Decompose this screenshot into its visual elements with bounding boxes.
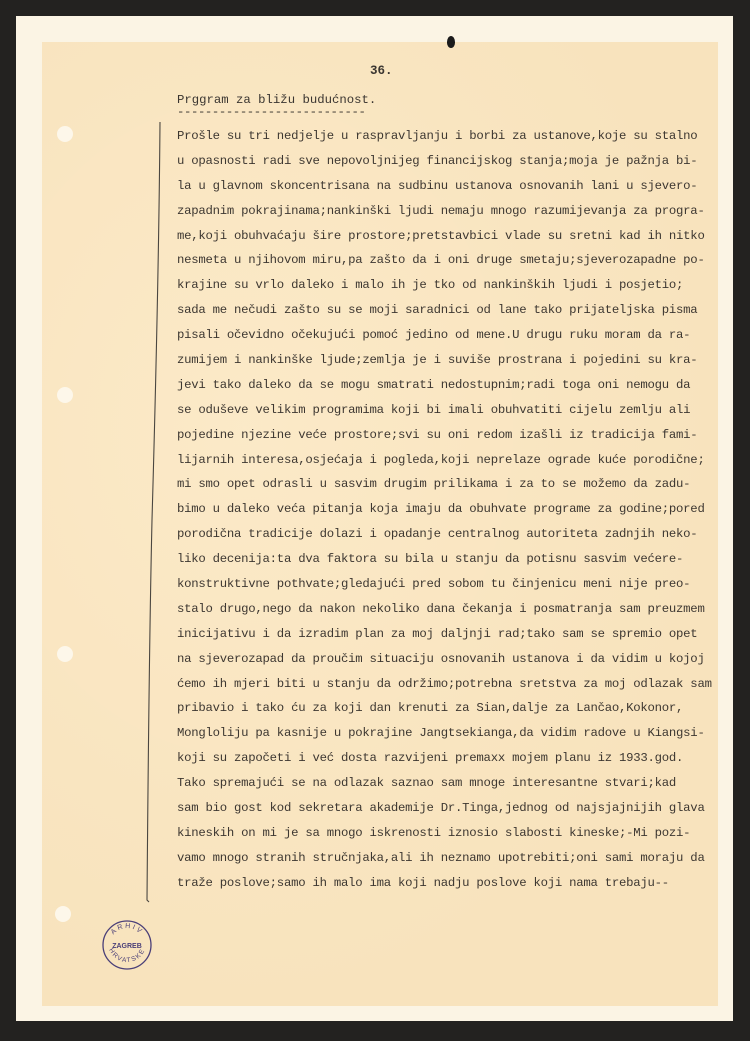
text-line: jevi tako daleko da se mogu smatrati ned… [177, 373, 717, 398]
text-line: lijarnih interesa,osjećaja i pogleda,koj… [177, 448, 717, 473]
text-line: bimo u daleko veća pitanja koja imaju da… [177, 497, 717, 522]
text-line: Tako spremajući se na odlazak saznao sam… [177, 771, 717, 796]
text-line: nesmeta u njihovom miru,pa zašto da i on… [177, 248, 717, 273]
text-line: kineskih on mi je sa mnogo iskrenosti iz… [177, 821, 717, 846]
text-line: sam bio gost kod sekretara akademije Dr.… [177, 796, 717, 821]
text-line: Mongloliju pa kasnije u pokrajine Jangts… [177, 721, 717, 746]
text-line: stalo drugo,nego da nakon nekoliko dana … [177, 597, 717, 622]
text-line: zumijem i nankinške ljude;zemlja je i su… [177, 348, 717, 373]
document-body: Prošle su tri nedjelje u raspravljanju i… [177, 124, 717, 896]
text-line: pribavio i tako ću za koji dan krenuti z… [177, 696, 717, 721]
text-line: se oduševe velikim programima koji bi im… [177, 398, 717, 423]
text-line: krajine su vrlo daleko i malo ih je tko … [177, 273, 717, 298]
text-line: pojedine njezine veće prostore;svi su on… [177, 423, 717, 448]
archive-stamp: ARHIV ZAGREB HRVATSKE [101, 919, 153, 971]
stamp-center-text: ZAGREB [112, 943, 142, 950]
text-line: porodična tradicije dolazi i opadanje ce… [177, 522, 717, 547]
text-line: mi smo opet odrasli u sasvim drugim pril… [177, 472, 717, 497]
text-line: Prošle su tri nedjelje u raspravljanju i… [177, 124, 717, 149]
heading-underline: --------------------------- [177, 105, 365, 119]
text-line: konstruktivne pothvate;gledajući pred so… [177, 572, 717, 597]
text-line: vamo mnogo stranih stručnjaka,ali ih nez… [177, 846, 717, 871]
text-line: sada me nečudi zašto su se moji saradnic… [177, 298, 717, 323]
text-line: ćemo ih mjeri biti u stanju da održimo;p… [177, 672, 717, 697]
text-line: traže poslove;samo ih malo ima koji nadj… [177, 871, 717, 896]
text-line: koji su započeti i već dosta razvijeni p… [177, 746, 717, 771]
text-line: la u glavnom skoncentrisana na sudbinu u… [177, 174, 717, 199]
text-line: inicijativu i da izradim plan za moj dal… [177, 622, 717, 647]
text-line: me,koji obuhvaćaju šire prostore;pretsta… [177, 224, 717, 249]
text-line: liko decenija:ta dva faktora su bila u s… [177, 547, 717, 572]
text-line: zapadnim pokrajinama;nankinški ljudi nem… [177, 199, 717, 224]
text-line: na sjeverozapad da proučim situaciju osn… [177, 647, 717, 672]
text-line: pisali očevidno očekujući pomoć jedino o… [177, 323, 717, 348]
text-line: u opasnosti radi sve nepovoljnijeg finan… [177, 149, 717, 174]
page-number: 36. [370, 64, 393, 78]
